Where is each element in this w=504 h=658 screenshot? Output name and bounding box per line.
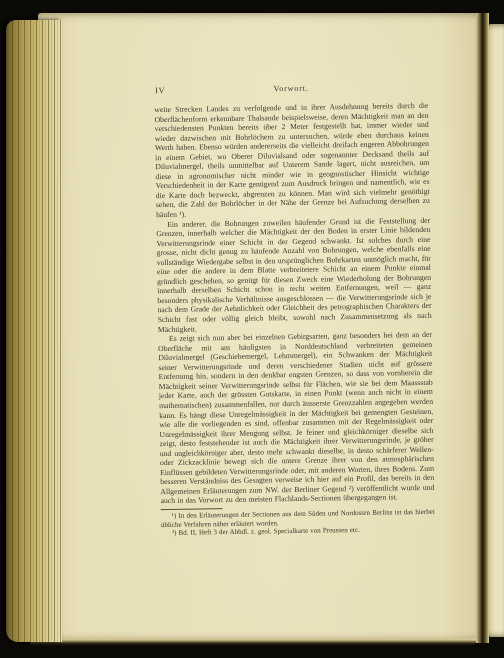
body-text: weite Strecken Landes zu verfolgende und… xyxy=(154,101,434,506)
footnote-separator-rule xyxy=(161,508,223,510)
facing-page-edge xyxy=(489,24,504,637)
paragraph-continuation: weite Strecken Landes zu verfolgende und… xyxy=(154,101,430,220)
printed-text-block: IV Vorwort. weite Strecken Landes zu ver… xyxy=(154,82,435,538)
page-bottom-edge xyxy=(30,638,476,646)
paragraph: Es zeigt sich nun aber bei einzelnen Geb… xyxy=(158,330,435,506)
footnotes: ¹) In den Erläuterungen der Sectionen au… xyxy=(161,508,435,538)
scanned-book-photo: IV Vorwort. weite Strecken Landes zu ver… xyxy=(0,0,504,658)
paragraph: Ein anderer, die Bohrungen zuweilen häuf… xyxy=(156,215,432,334)
gutter-shadow xyxy=(476,13,489,643)
book-fore-edge-stack xyxy=(6,20,62,642)
